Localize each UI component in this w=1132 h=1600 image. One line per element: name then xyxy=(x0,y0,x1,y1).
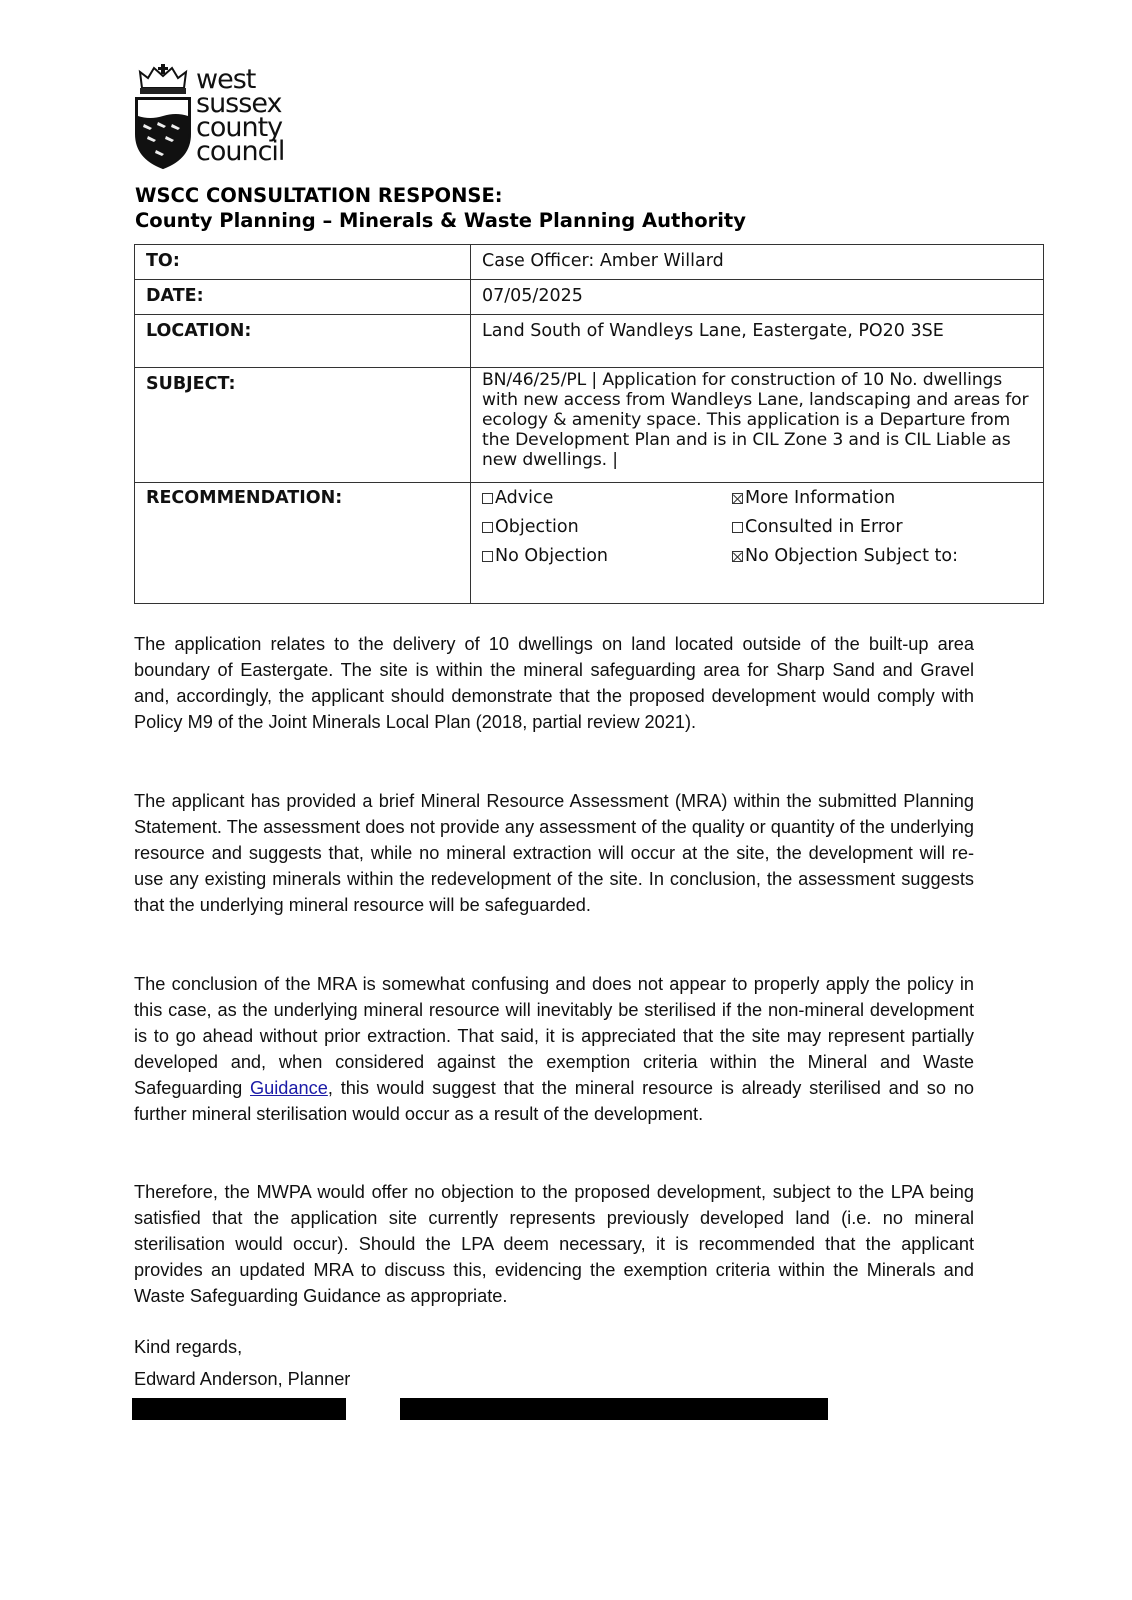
table-row: TO: Case Officer: Amber Willard xyxy=(135,245,1044,280)
recommendation-option[interactable]: More Information xyxy=(732,488,1032,509)
subject-label: SUBJECT: xyxy=(135,368,471,483)
recommendation-option-label: Objection xyxy=(495,517,579,538)
salutation: Kind regards, xyxy=(134,1334,242,1360)
recommendation-option-label: Consulted in Error xyxy=(745,517,903,538)
recommendation-option-label: Advice xyxy=(495,488,553,509)
table-row: SUBJECT: BN/46/25/PL | Application for c… xyxy=(135,368,1044,483)
recommendation-option[interactable]: Objection xyxy=(482,517,732,538)
council-wordmark: west sussex county council xyxy=(196,68,284,164)
recommendation-option[interactable]: No Objection xyxy=(482,546,732,567)
recommendation-option[interactable]: Advice xyxy=(482,488,732,509)
checkbox-icon[interactable] xyxy=(482,522,493,533)
wordmark-line: council xyxy=(196,140,284,164)
recommendation-options: AdviceMore InformationObjectionConsulted… xyxy=(471,483,1044,604)
to-label: TO: xyxy=(135,245,471,280)
document-title: WSCC CONSULTATION RESPONSE: xyxy=(135,184,503,207)
location-label: LOCATION: xyxy=(135,315,471,368)
checked-checkbox-icon[interactable] xyxy=(732,493,743,504)
table-row: LOCATION: Land South of Wandleys Lane, E… xyxy=(135,315,1044,368)
paragraph-1: The application relates to the delivery … xyxy=(134,631,974,735)
redaction-bar xyxy=(132,1398,346,1420)
signature: Edward Anderson, Planner xyxy=(134,1366,350,1392)
paragraph-2: The applicant has provided a brief Miner… xyxy=(134,788,974,918)
checkbox-icon[interactable] xyxy=(732,522,743,533)
checkbox-icon[interactable] xyxy=(482,551,493,562)
recommendation-option-label: No Objection Subject to: xyxy=(745,546,958,567)
checked-checkbox-icon[interactable] xyxy=(732,551,743,562)
table-row: DATE: 07/05/2025 xyxy=(135,280,1044,315)
date-value: 07/05/2025 xyxy=(471,280,1044,315)
crown-shield-icon xyxy=(134,64,192,170)
checkbox-icon[interactable] xyxy=(482,493,493,504)
location-value: Land South of Wandleys Lane, Eastergate,… xyxy=(471,315,1044,368)
paragraph-3: The conclusion of the MRA is somewhat co… xyxy=(134,971,974,1127)
recommendation-label: RECOMMENDATION: xyxy=(135,483,471,604)
recommendation-option-label: No Objection xyxy=(495,546,608,567)
redaction-bar xyxy=(400,1398,828,1420)
subject-value: BN/46/25/PL | Application for constructi… xyxy=(471,368,1044,483)
date-label: DATE: xyxy=(135,280,471,315)
recommendation-option-label: More Information xyxy=(745,488,895,509)
table-row: RECOMMENDATION: AdviceMore InformationOb… xyxy=(135,483,1044,604)
guidance-link[interactable]: Guidance xyxy=(250,1078,328,1098)
consultation-details-table: TO: Case Officer: Amber Willard DATE: 07… xyxy=(134,244,1044,604)
recommendation-option[interactable]: No Objection Subject to: xyxy=(732,546,1032,567)
recommendation-option[interactable]: Consulted in Error xyxy=(732,517,1032,538)
document-subtitle: County Planning – Minerals & Waste Plann… xyxy=(135,209,746,232)
council-logo: west sussex county council xyxy=(134,64,304,172)
paragraph-4: Therefore, the MWPA would offer no objec… xyxy=(134,1179,974,1309)
to-value: Case Officer: Amber Willard xyxy=(471,245,1044,280)
